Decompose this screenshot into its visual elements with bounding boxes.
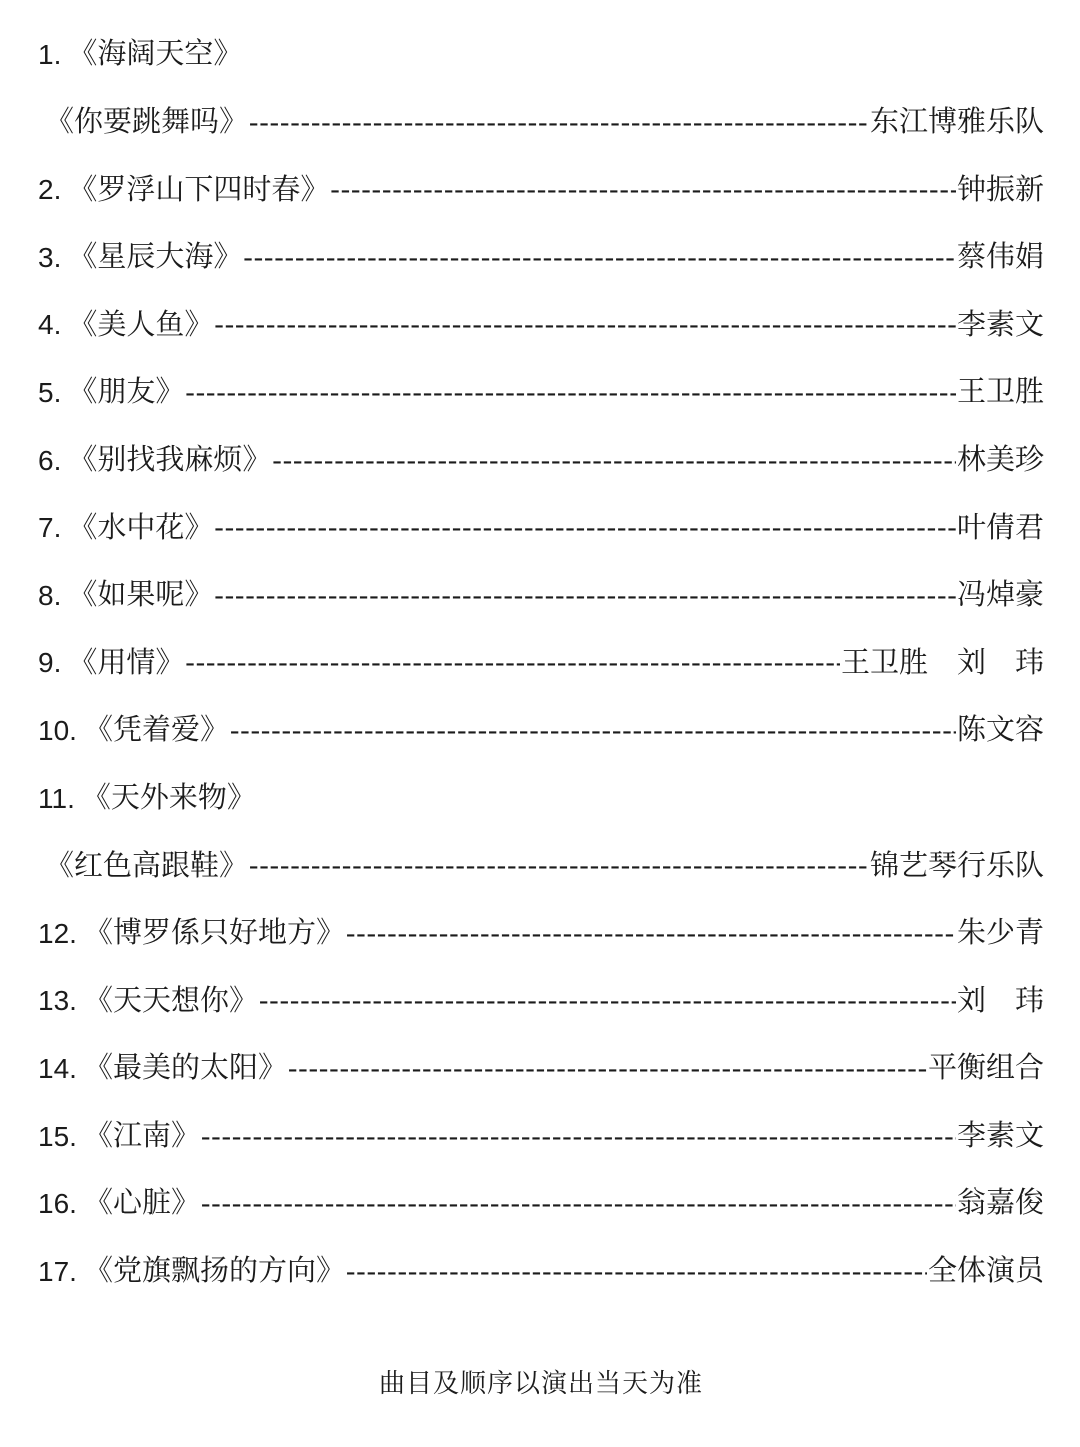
song-number: 8. xyxy=(38,579,61,613)
program-row: 8. 《如果呢》 -------------------------------… xyxy=(38,562,1044,630)
song-number: 10. xyxy=(38,714,77,748)
dash-leader: ----------------------------------------… xyxy=(243,241,956,275)
song-title: 《美人鱼》 xyxy=(68,308,213,343)
song-title: 《朋友》 xyxy=(68,375,184,410)
program-row: 3. 《星辰大海》 ------------------------------… xyxy=(38,224,1044,292)
song-number: 17. xyxy=(38,1255,77,1289)
program-row: 《红色高跟鞋》 --------------------------------… xyxy=(38,832,1044,900)
performer-name: 锦艺琴行乐队 xyxy=(870,849,1044,884)
song-title: 《水中花》 xyxy=(68,511,213,546)
program-row: 《你要跳舞吗》 --------------------------------… xyxy=(38,89,1044,157)
dash-leader: ----------------------------------------… xyxy=(272,444,956,478)
performer-name: 全体演员 xyxy=(928,1254,1044,1289)
performer-name: 林美珍 xyxy=(957,443,1044,478)
song-title: 《红色高跟鞋》 xyxy=(45,849,248,884)
performer-name: 钟振新 xyxy=(957,173,1044,208)
song-title: 《用情》 xyxy=(68,646,184,681)
song-number: 9. xyxy=(38,646,61,680)
performer-name: 东江博雅乐队 xyxy=(870,105,1044,140)
program-row: 6. 《别找我麻烦》 -----------------------------… xyxy=(38,427,1044,495)
song-title: 《星辰大海》 xyxy=(68,240,242,275)
program-row: 10. 《凭着爱》 ------------------------------… xyxy=(38,697,1044,765)
dash-leader: ----------------------------------------… xyxy=(288,1052,927,1086)
footer-note: 曲目及顺序以演出当天为准 xyxy=(38,1363,1044,1400)
dash-leader: ----------------------------------------… xyxy=(185,646,840,680)
program-row: 4. 《美人鱼》 -------------------------------… xyxy=(38,291,1044,359)
dash-leader: ----------------------------------------… xyxy=(249,849,869,883)
performer-name: 王卫胜 xyxy=(957,375,1044,410)
dash-leader: ----------------------------------------… xyxy=(346,917,956,951)
dash-leader: ----------------------------------------… xyxy=(330,173,956,207)
program-row: 2. 《罗浮山下四时春》 ---------------------------… xyxy=(38,156,1044,224)
program-row: 13. 《天天想你》 -----------------------------… xyxy=(38,967,1044,1035)
performer-name: 蔡伟娟 xyxy=(957,240,1044,275)
performer-name: 李素文 xyxy=(957,308,1044,343)
dash-leader: ----------------------------------------… xyxy=(249,106,869,140)
song-title: 《天天想你》 xyxy=(84,984,258,1019)
program-row: 15. 《江南》 -------------------------------… xyxy=(38,1103,1044,1171)
program-row: 5. 《朋友》 --------------------------------… xyxy=(38,359,1044,427)
performer-name: 王卫胜 刘 玮 xyxy=(841,646,1044,681)
performer-name: 李素文 xyxy=(957,1119,1044,1154)
program-row: 7. 《水中花》 -------------------------------… xyxy=(38,494,1044,562)
dash-leader: ----------------------------------------… xyxy=(201,1187,956,1221)
dash-leader: ----------------------------------------… xyxy=(214,308,956,342)
song-number: 12. xyxy=(38,917,77,951)
program-list: 1. 《海阔天空》 《你要跳舞吗》 ----------------------… xyxy=(38,21,1044,1305)
song-title: 《党旗飘扬的方向》 xyxy=(84,1254,345,1289)
song-title: 《海阔天空》 xyxy=(68,37,242,72)
song-number: 2. xyxy=(38,173,61,207)
song-title: 《最美的太阳》 xyxy=(84,1051,287,1086)
song-number: 3. xyxy=(38,241,61,275)
song-title: 《凭着爱》 xyxy=(84,713,229,748)
program-row: 9. 《用情》 --------------------------------… xyxy=(38,629,1044,697)
song-title: 《心脏》 xyxy=(84,1186,200,1221)
dash-leader: ----------------------------------------… xyxy=(214,579,956,613)
program-row: 12. 《博罗係只好地方》 --------------------------… xyxy=(38,900,1044,968)
performer-name: 冯焯豪 xyxy=(957,578,1044,613)
program-document: 1. 《海阔天空》 《你要跳舞吗》 ----------------------… xyxy=(0,0,1080,1447)
program-row: 14. 《最美的太阳》 ----------------------------… xyxy=(38,1035,1044,1103)
song-number: 6. xyxy=(38,444,61,478)
dash-leader: ----------------------------------------… xyxy=(214,511,956,545)
song-number: 1. xyxy=(38,38,61,72)
performer-name: 平衡组合 xyxy=(928,1051,1044,1086)
song-number: 13. xyxy=(38,984,77,1018)
program-row: 1. 《海阔天空》 xyxy=(38,21,1044,89)
song-number: 5. xyxy=(38,376,61,410)
dash-leader: ----------------------------------------… xyxy=(230,714,956,748)
performer-name: 陈文容 xyxy=(957,713,1044,748)
song-title: 《罗浮山下四时春》 xyxy=(68,173,329,208)
performer-name: 翁嘉俊 xyxy=(957,1186,1044,1221)
song-title: 《天外来物》 xyxy=(82,781,256,816)
song-title: 《如果呢》 xyxy=(68,578,213,613)
song-title: 《博罗係只好地方》 xyxy=(84,916,345,951)
program-row: 17. 《党旗飘扬的方向》 --------------------------… xyxy=(38,1238,1044,1306)
dash-leader: ----------------------------------------… xyxy=(201,1120,956,1154)
song-number: 15. xyxy=(38,1120,77,1154)
program-row: 11. 《天外来物》 xyxy=(38,765,1044,833)
song-number: 7. xyxy=(38,511,61,545)
song-title: 《江南》 xyxy=(84,1119,200,1154)
song-title: 《别找我麻烦》 xyxy=(68,443,271,478)
song-number: 4. xyxy=(38,308,61,342)
song-number: 14. xyxy=(38,1052,77,1086)
performer-name: 刘 玮 xyxy=(957,984,1044,1019)
dash-leader: ----------------------------------------… xyxy=(259,984,956,1018)
song-title: 《你要跳舞吗》 xyxy=(45,105,248,140)
performer-name: 叶倩君 xyxy=(957,511,1044,546)
song-number: 16. xyxy=(38,1187,77,1221)
dash-leader: ----------------------------------------… xyxy=(346,1255,927,1289)
dash-leader: ----------------------------------------… xyxy=(185,376,956,410)
program-row: 16. 《心脏》 -------------------------------… xyxy=(38,1170,1044,1238)
song-number: 11. xyxy=(38,782,75,816)
performer-name: 朱少青 xyxy=(957,916,1044,951)
